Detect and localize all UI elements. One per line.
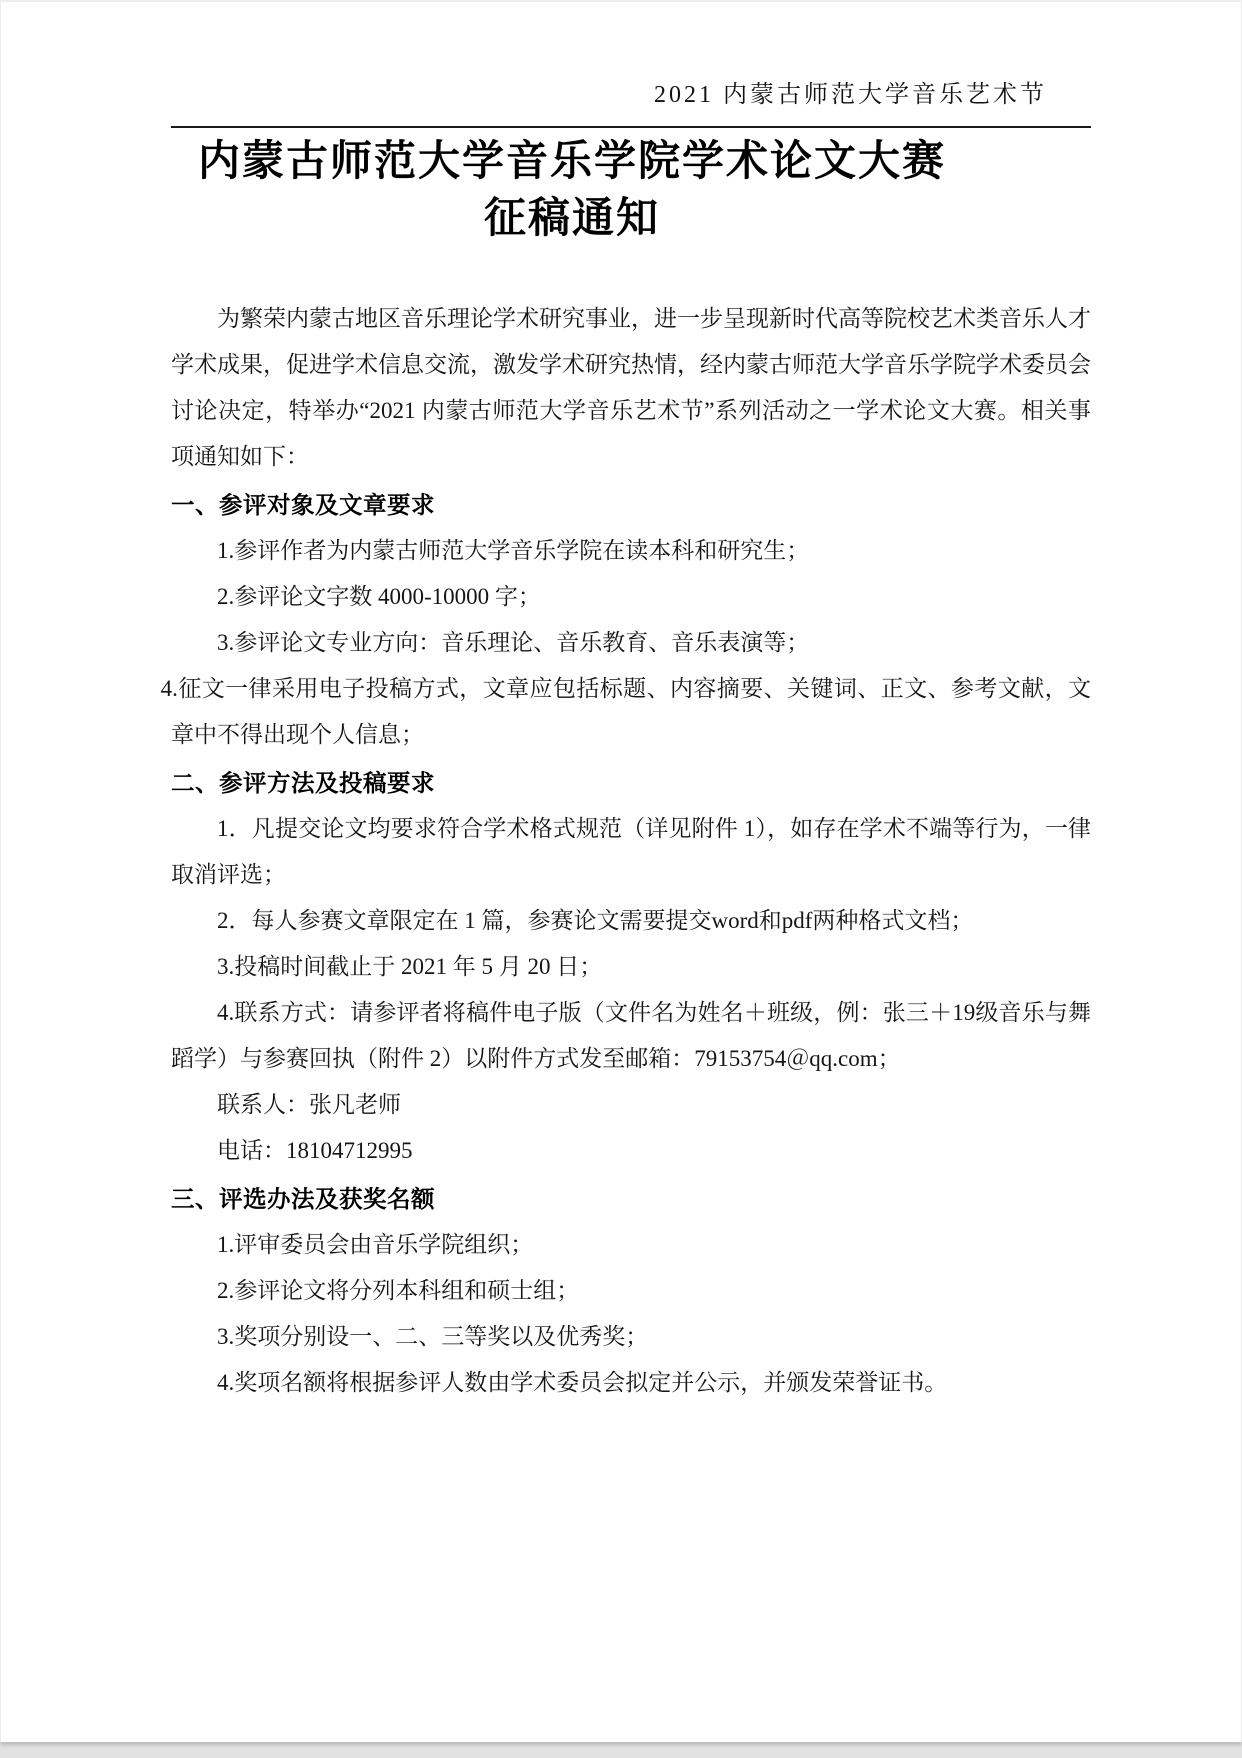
intro-paragraph: 为繁荣内蒙古地区音乐理论学术研究事业，进一步呈现新时代高等院校艺术类音乐人才学术… [171,296,1091,480]
section-2-item-3: 3.投稿时间截止于 2021 年 5 月 20 日； [171,944,1091,990]
doc-title-line1: 内蒙古师范大学音乐学院学术论文大赛 [171,134,1091,191]
section-3-item-4: 4.奖项名额将根据参评人数由学术委员会拟定并公示，并颁发荣誉证书。 [171,1360,1091,1406]
section-2-item-4: 4.联系方式：请参评者将稿件电子版（文件名为姓名＋班级，例：张三＋19级音乐与舞… [171,990,1091,1082]
doc-title-line2: 征稿通知 [171,191,1091,248]
section-2-item-2: 2．每人参赛文章限定在 1 篇，参赛论文需要提交word和pdf两种格式文档； [171,898,1091,944]
section-3-item-3: 3.奖项分别设一、二、三等奖以及优秀奖； [171,1314,1091,1360]
section-1-heading: 一、参评对象及文章要求 [171,482,1091,528]
section-3-heading: 三、评选办法及获奖名额 [171,1176,1091,1222]
section-3-item-2: 2.参评论文将分列本科组和硕士组； [171,1268,1091,1314]
document-viewport: 2021 内蒙古师范大学音乐艺术节 内蒙古师范大学音乐学院学术论文大赛 征稿通知… [0,0,1242,1758]
section-1-item-4: 4.征文一律采用电子投稿方式，文章应包括标题、内容摘要、关键词、正文、参考文献，… [171,666,1091,758]
contact-person-line: 联系人：张凡老师 [171,1082,1091,1128]
document-page: 2021 内蒙古师范大学音乐艺术节 内蒙古师范大学音乐学院学术论文大赛 征稿通知… [0,0,1242,1742]
section-3-item-1: 1.评审委员会由音乐学院组织； [171,1222,1091,1268]
section-1-item-3: 3.参评论文专业方向：音乐理论、音乐教育、音乐表演等； [171,620,1091,666]
section-2-heading: 二、参评方法及投稿要求 [171,760,1091,806]
section-2-item-1: 1．凡提交论文均要求符合学术格式规范（详见附件 1），如存在学术不端等行为，一律… [171,806,1091,898]
document-body: 为繁荣内蒙古地区音乐理论学术研究事业，进一步呈现新时代高等院校艺术类音乐人才学术… [171,296,1091,1406]
section-1-item-1: 1.参评作者为内蒙古师范大学音乐学院在读本科和研究生； [171,528,1091,574]
header-rule [171,126,1091,128]
page-header-text: 2021 内蒙古师范大学音乐艺术节 [171,80,1091,110]
contact-phone-line: 电话：18104712995 [171,1128,1091,1174]
section-1-item-2: 2.参评论文字数 4000-10000 字； [171,574,1091,620]
